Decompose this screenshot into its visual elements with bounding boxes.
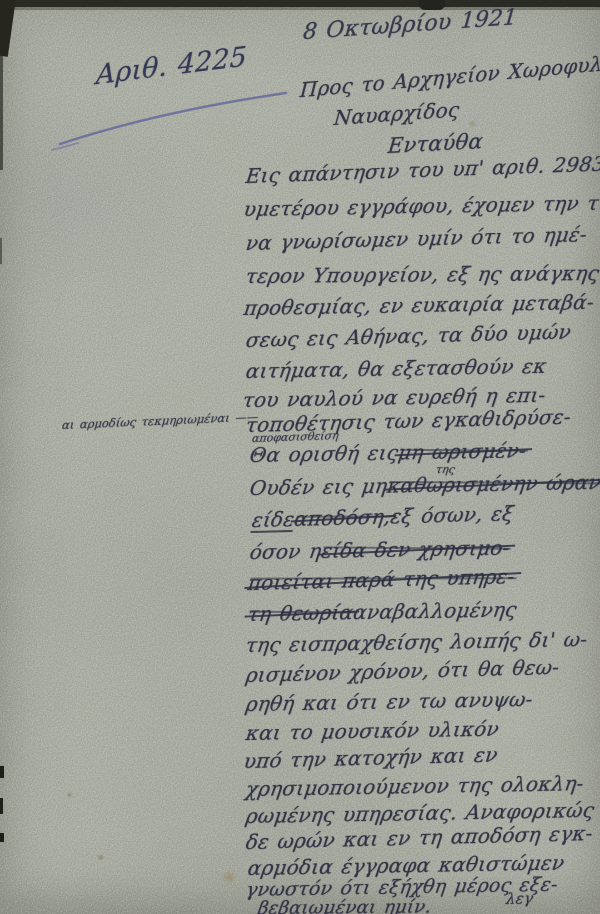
text-segment: αιτήματα, θα εξετασθούν εκ <box>245 356 548 381</box>
text-segment: ρηθή και ότι εν τω ανυψω- <box>245 689 535 714</box>
text-segment: Ουδέν εις μη <box>249 476 389 498</box>
margin-note: αι αρμοδίως τεκμηριωμέναι —— <box>61 411 259 431</box>
text-segment: σεως εις Αθήνας, τα δύο υμών <box>245 321 573 350</box>
handwritten-line: Θα ορισθή εις μη ωρισμέν- <box>249 440 528 465</box>
handwritten-line: ποιείται παρά της υπηρε- <box>247 566 516 593</box>
text-segment: υμετέρου εγγράφου, έχομεν την τιμήν <box>243 192 600 219</box>
edge-nick <box>0 238 2 264</box>
foxing-stain <box>66 792 73 798</box>
text-segment: τερον Υπουργείον, εξ ης ανάγκης και <box>245 263 600 286</box>
handwritten-line: είδε αποδόση, εξ όσων, εξ <box>250 503 514 533</box>
text-segment: υπό την κατοχήν και εν <box>243 744 499 771</box>
handwritten-line: της εισπραχθείσης λοιπής δι' ω- <box>245 629 589 655</box>
text-segment: όσον η <box>249 541 323 562</box>
handwritten-line: τη θεωρία αναβαλλομένης <box>247 599 518 624</box>
text-segment: δε ωρών και εν τη αποδόση εγκ- <box>245 823 594 852</box>
struck-text-segment: είδα δεν χρησιμο- <box>320 537 511 560</box>
text-segment: χρησιμοποιούμενον της ολοκλη- <box>245 773 586 799</box>
handwritten-line: όσον η είδα δεν χρησιμο- <box>249 537 512 562</box>
struck-text-segment: ποιείται παρά της υπηρε- <box>247 566 516 593</box>
underlined-text-segment: είδε <box>250 509 295 533</box>
text-segment: βεβαιωμέναι ημίν. <box>257 898 433 914</box>
handwritten-line: και το μουσικόν υλικόν <box>245 719 501 743</box>
scan-edge-notch <box>419 0 445 10</box>
recipient-line: Ενταύθα <box>387 131 484 157</box>
edge-nick <box>0 798 3 814</box>
struck-text-segment: τη θεωρία <box>247 602 355 624</box>
text-segment: Εις απάντησιν του υπ' αριθ. 29831 <box>245 153 600 186</box>
handwritten-line: τερον Υπουργείον, εξ ης ανάγκης και <box>245 263 600 286</box>
handwritten-line: υπό την κατοχήν και εν <box>243 744 499 771</box>
foxing-stain <box>97 854 105 861</box>
recipient-line: Προς το Αρχηγείον Χωροφυλακής <box>299 49 600 100</box>
recipient-line: Ναυαρχίδος <box>333 99 460 128</box>
scanned-letter-page: Αριθ. 4225 8 Οκτωβρίου 1921 Προς το Αρχη… <box>0 0 600 914</box>
text-segment: και το μουσικόν υλικόν <box>245 719 501 743</box>
text-segment: ρισμένον χρόνον, ότι θα θεω- <box>245 657 561 685</box>
handwritten-line: δε ωρών και εν τη αποδόση εγκ- <box>245 823 594 852</box>
handwritten-line: ρισμένον χρόνον, ότι θα θεω- <box>245 657 561 685</box>
scan-corner-wedge <box>0 0 16 57</box>
struck-text-segment: μη ωρισμέν- <box>397 440 528 462</box>
handwritten-line: υμετέρου εγγράφου, έχομεν την τιμήν <box>243 192 600 219</box>
handwritten-line: αιτήματα, θα εξετασθούν εκ <box>245 356 548 381</box>
text-segment: αναβαλλομένης <box>352 599 518 622</box>
text-segment: Θα ορισθή εις <box>249 442 400 465</box>
handwritten-line: Εις απάντησιν του υπ' αριθ. 29831 <box>245 153 600 186</box>
registry-number: Αριθ. 4225 <box>96 43 248 89</box>
handwritten-line: χρησιμοποιούμενον της ολοκλη- <box>245 773 586 799</box>
handwritten-line: σεως εις Αθήνας, τα δύο υμών <box>245 321 573 350</box>
date-line: 8 Οκτωβρίου 1921 <box>302 7 518 44</box>
struck-text-segment: αποδόση, <box>293 506 392 529</box>
struck-text-segment: καθωρισμένην ώραν <box>386 472 600 496</box>
handwritten-line: να γνωρίσωμεν υμίν ότι το ημέ- <box>245 224 589 253</box>
insertion-note: της <box>435 464 456 475</box>
edge-nick <box>0 833 4 842</box>
text-segment: της εισπραχθείσης λοιπής δι' ω- <box>245 629 589 655</box>
foxing-stain <box>468 120 477 128</box>
edge-nick <box>0 766 4 778</box>
handwritten-line: ρηθή και ότι εν τω ανυψω- <box>245 689 535 714</box>
foxing-stain <box>221 871 237 883</box>
handwritten-line: προθεσμίας, εν ευκαιρία μεταβά- <box>243 292 596 318</box>
text-segment: προθεσμίας, εν ευκαιρία μεταβά- <box>243 292 596 318</box>
handwritten-line: βεβαιωμέναι ημίν. <box>257 898 433 914</box>
insertion-note: αποφασισθείση <box>251 430 339 444</box>
handwritten-line: Ουδέν εις μη καθωρισμένην ώραν <box>249 472 600 498</box>
text-segment: να γνωρίσωμεν υμίν ότι το ημέ- <box>245 224 589 253</box>
text-segment: εξ όσων, εξ <box>389 503 515 526</box>
